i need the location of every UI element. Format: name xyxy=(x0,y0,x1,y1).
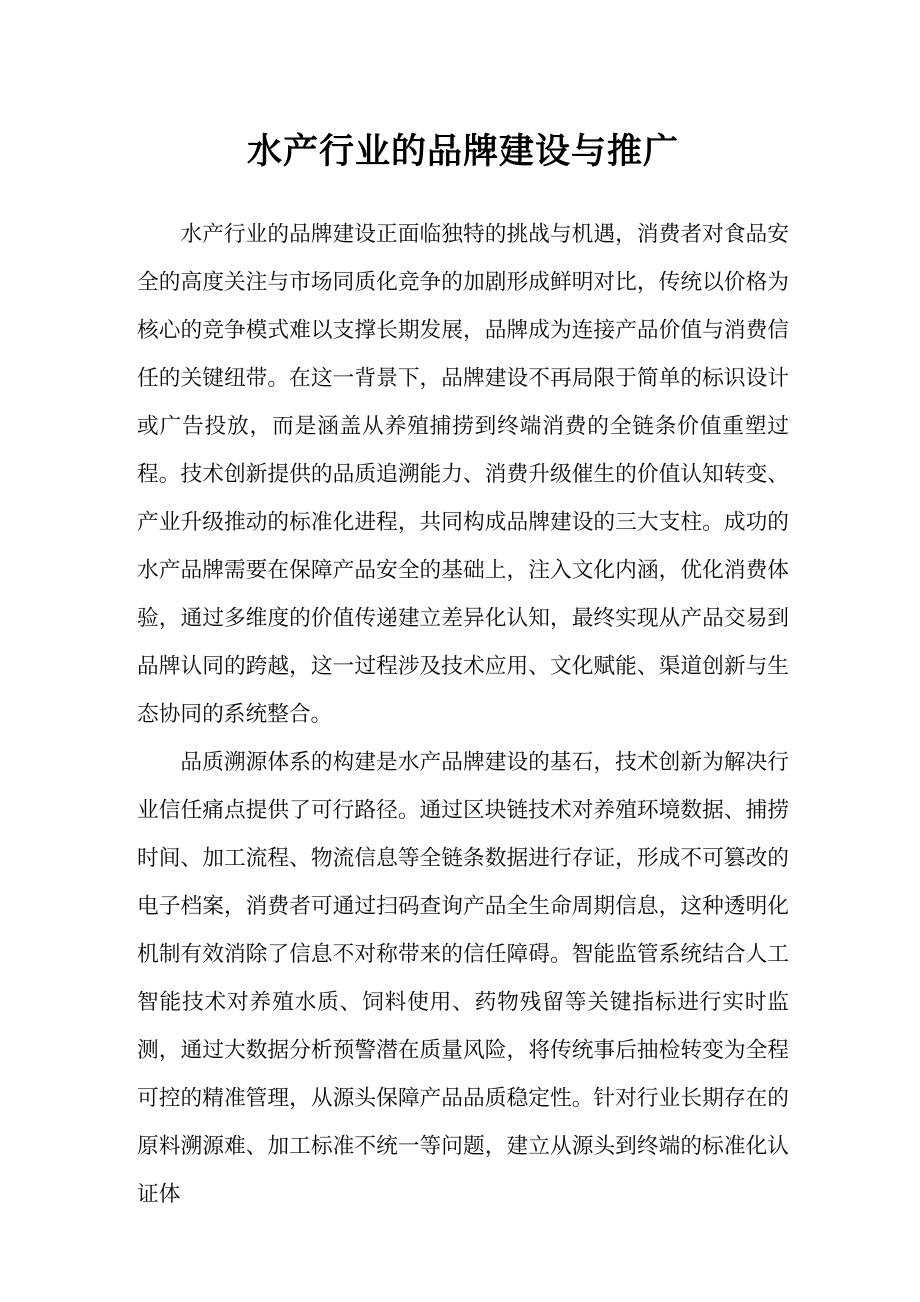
document-title: 水产行业的品牌建设与推广 xyxy=(137,130,789,174)
paragraph-2: 品质溯源体系的构建是水产品牌建设的基石，技术创新为解决行业信任痛点提供了可行路径… xyxy=(137,738,789,1218)
paragraph-1: 水产行业的品牌建设正面临独特的挑战与机遇，消费者对食品安全的高度关注与市场同质化… xyxy=(137,210,789,738)
document-page: 水产行业的品牌建设与推广 水产行业的品牌建设正面临独特的挑战与机遇，消费者对食品… xyxy=(0,0,920,1302)
document-content: 水产行业的品牌建设与推广 水产行业的品牌建设正面临独特的挑战与机遇，消费者对食品… xyxy=(137,130,789,1218)
